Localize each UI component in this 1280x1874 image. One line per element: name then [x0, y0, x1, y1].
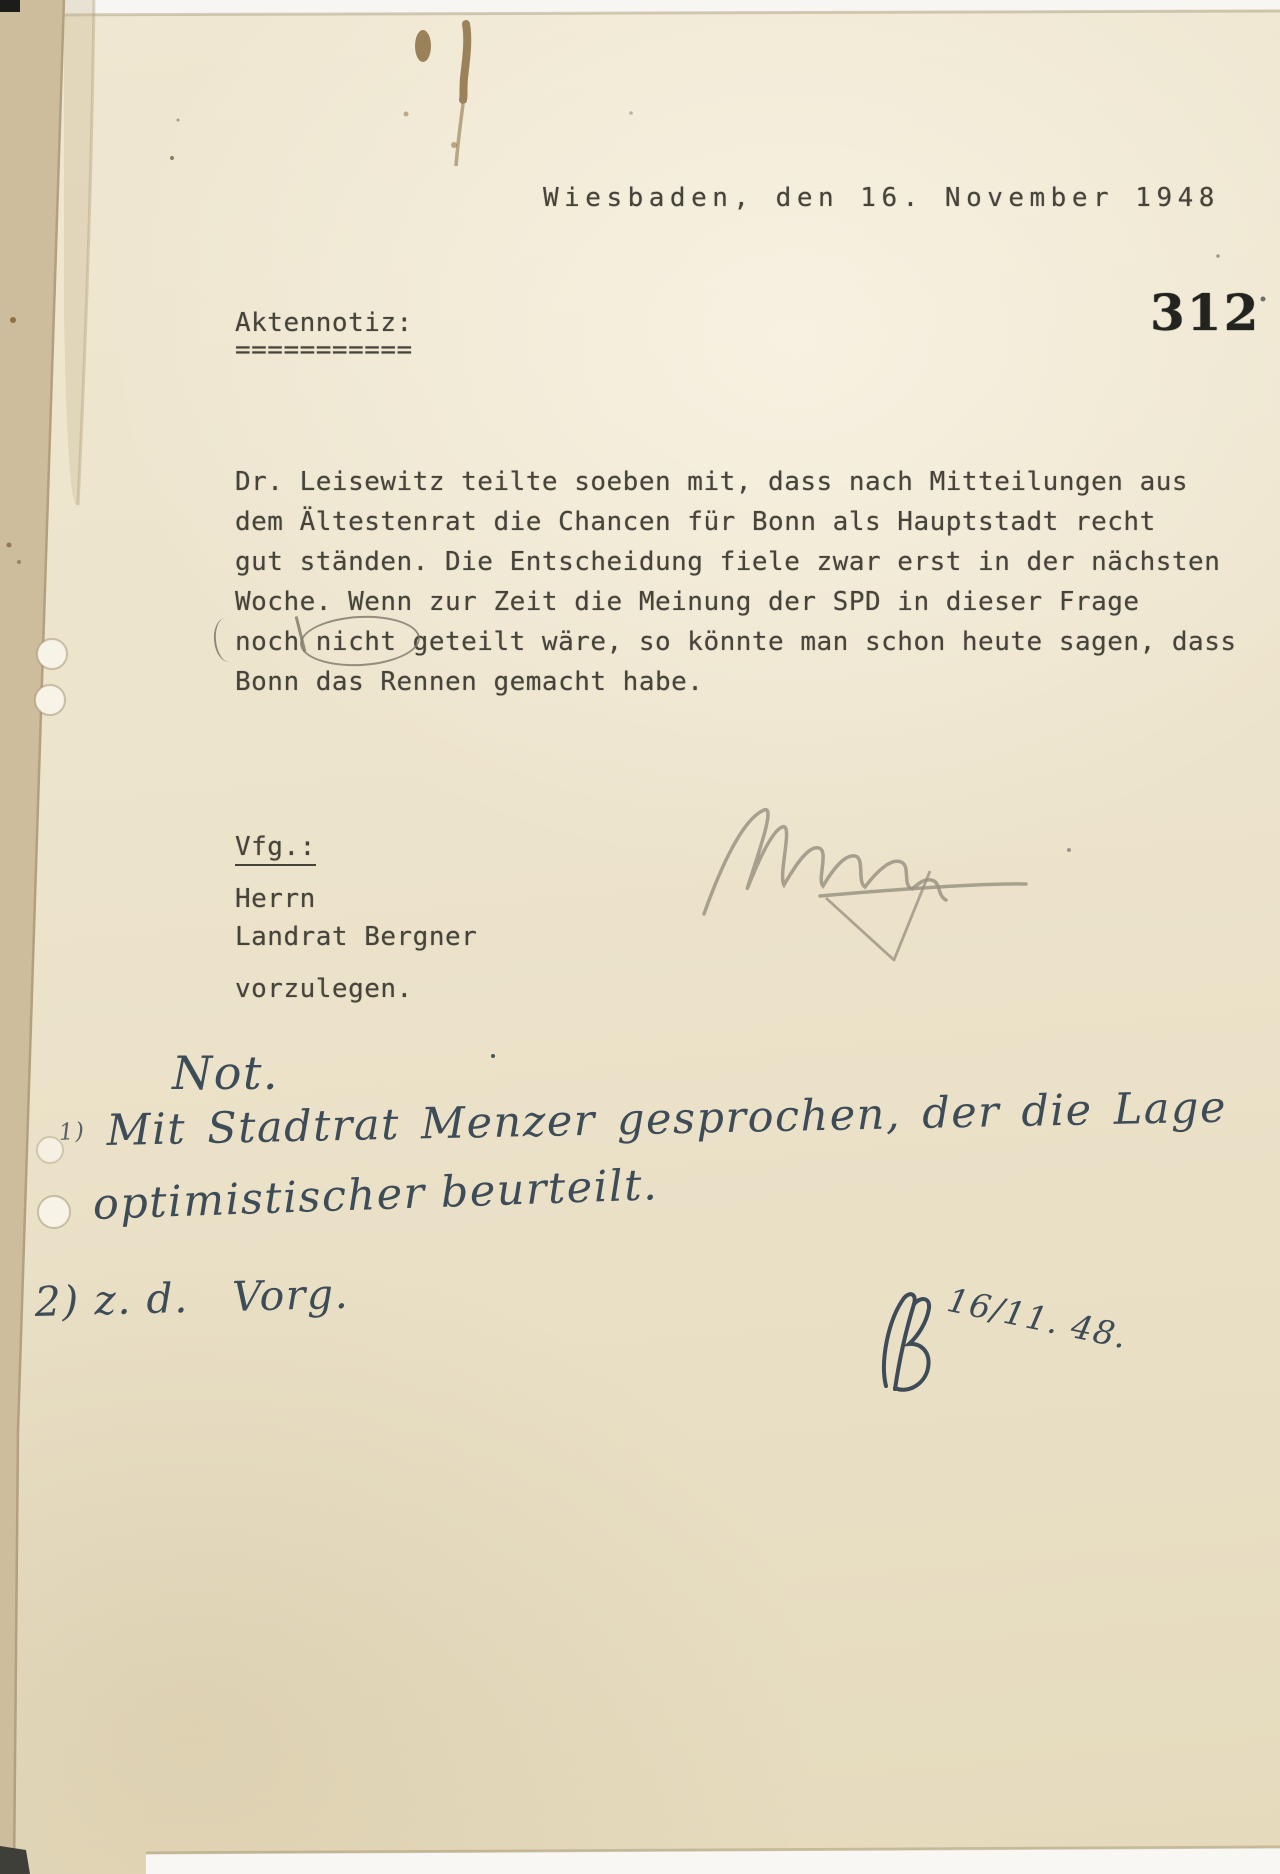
stain-drip-tail	[456, 104, 463, 166]
edge-speck	[10, 317, 16, 323]
signature-initial	[860, 1286, 955, 1401]
signature-triangle-stroke	[826, 871, 930, 960]
speck	[1216, 254, 1220, 258]
memo-body-line: gut ständen. Die Entscheidung fiele zwar…	[235, 542, 1237, 582]
vfg-section-label: Vfg.:	[235, 832, 316, 862]
handwritten-filing-note: 2) z. d. Vorg.	[34, 1270, 350, 1326]
speck	[177, 119, 180, 122]
scanned-memo-page: { "document": { "dateline": "Wiesbaden, …	[0, 0, 1280, 1874]
speck	[491, 1054, 495, 1058]
memo-body-line: Woche. Wenn zur Zeit die Meinung der SPD…	[235, 582, 1237, 622]
speck	[170, 156, 174, 160]
stain-drip	[463, 24, 467, 100]
punch-hole	[35, 685, 65, 715]
speck	[1261, 297, 1266, 302]
pencil-signature	[688, 792, 1038, 977]
recipient-line: Landrat Bergner	[235, 922, 477, 952]
memo-body-line: Bonn das Rennen gemacht habe.	[235, 662, 1237, 702]
speck	[1067, 848, 1071, 852]
corner-mark-top-left	[0, 0, 20, 12]
vfg-label: Vfg.:	[235, 832, 316, 866]
stain-blob	[415, 30, 431, 62]
handwritten-note-heading: Not.	[172, 1046, 279, 1100]
memo-heading: Aktennotiz: ===========	[235, 308, 413, 365]
memo-title-underline: ===========	[235, 335, 413, 365]
edge-speck	[7, 543, 12, 548]
memo-body: Dr. Leisewitz teilte soeben mit, dass na…	[235, 462, 1237, 702]
memo-title: Aktennotiz:	[235, 308, 413, 338]
scan-artifacts	[0, 0, 1280, 1874]
stain-speck	[451, 142, 457, 148]
handwritten-item1-marker: 1)	[58, 1118, 86, 1146]
corner-mark-bottom-left	[0, 1846, 30, 1874]
memo-body-line: Dr. Leisewitz teilte soeben mit, dass na…	[235, 462, 1237, 502]
memo-body-line: dem Ältestenrat die Chancen für Bonn als…	[235, 502, 1237, 542]
stain-speck	[404, 112, 409, 117]
edge-speck	[17, 560, 21, 564]
recipient-line: Herrn	[235, 884, 316, 914]
dateline: Wiesbaden, den 16. November 1948	[543, 183, 1220, 213]
recipient-line: vorzulegen.	[235, 974, 413, 1004]
punch-hole	[38, 1196, 70, 1228]
page-number-stamp: 312	[1150, 283, 1260, 342]
signature-scribble	[704, 810, 946, 914]
punch-hole	[37, 639, 67, 669]
speck	[629, 111, 633, 115]
